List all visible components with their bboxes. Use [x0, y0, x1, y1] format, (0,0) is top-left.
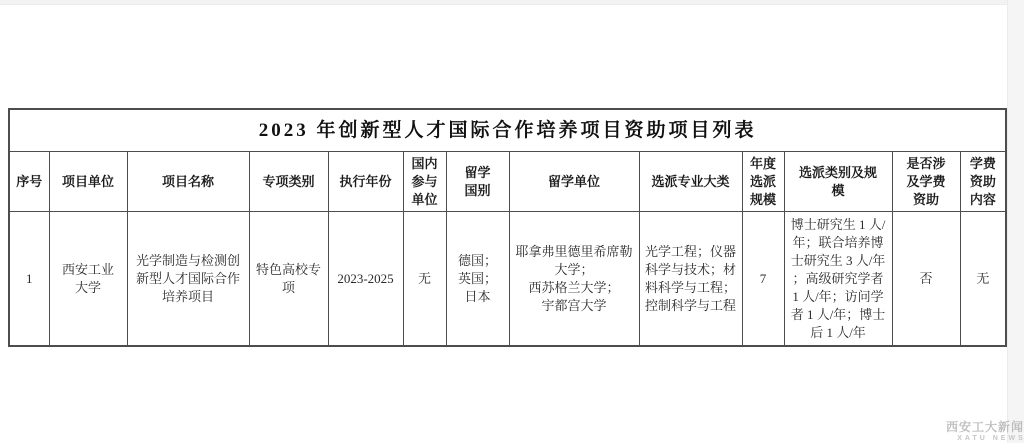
page-top-edge [0, 0, 1024, 5]
cell-project-unit: 西安工业 大学 [49, 212, 127, 347]
cell-annual-scale: 7 [742, 212, 784, 347]
column-header-dispatch-type-scale: 选派类别及规 模 [784, 152, 892, 212]
column-header-study-country: 留学 国别 [446, 152, 509, 212]
table-title: 2023 年创新型人才国际合作培养项目资助项目列表 [9, 109, 1006, 152]
table-title-row: 2023 年创新型人才国际合作培养项目资助项目列表 [9, 109, 1006, 152]
cell-tuition-involved: 否 [892, 212, 960, 347]
cell-dispatch-type-scale: 博士研究生 1 人/年；联合培养博士研究生 3 人/年；高级研究学者 1 人/年… [784, 212, 892, 347]
cell-study-country: 德国； 英国； 日本 [446, 212, 509, 347]
column-header-tuition-involved: 是否涉 及学费 资助 [892, 152, 960, 212]
table-header-row: 序号 项目单位 项目名称 专项类别 执行年份 国内 参与 单位 留学 国别 留学… [9, 152, 1006, 212]
column-header-execution-years: 执行年份 [328, 152, 403, 212]
column-header-special-category: 专项类别 [249, 152, 328, 212]
cell-index: 1 [9, 212, 49, 347]
cell-project-name: 光学制造与检测创新型人才国际合作培养项目 [127, 212, 249, 347]
cell-special-category: 特色高校专项 [249, 212, 328, 347]
watermark: 西安工大新闻网 XATU NEWS [946, 421, 1024, 442]
column-header-project-unit: 项目单位 [49, 152, 127, 212]
column-header-tuition-content: 学费 资助 内容 [960, 152, 1006, 212]
table-row: 1 西安工业 大学 光学制造与检测创新型人才国际合作培养项目 特色高校专项 20… [9, 212, 1006, 347]
column-header-study-institution: 留学单位 [509, 152, 639, 212]
column-header-project-name: 项目名称 [127, 152, 249, 212]
watermark-text: 西安工大新闻网 [946, 421, 1024, 433]
column-header-domestic-partner: 国内 参与 单位 [403, 152, 446, 212]
document-table: 2023 年创新型人才国际合作培养项目资助项目列表 序号 项目单位 项目名称 专… [8, 108, 1007, 347]
column-header-index: 序号 [9, 152, 49, 212]
watermark-subtext: XATU NEWS [946, 435, 1024, 442]
cell-major-category: 光学工程；仪器科学与技术；材料科学与工程；控制科学与工程 [639, 212, 742, 347]
cell-tuition-content: 无 [960, 212, 1006, 347]
cell-study-institution: 耶拿弗里德里希席勒大学； 西苏格兰大学； 宇都宫大学 [509, 212, 639, 347]
cell-execution-years: 2023-2025 [328, 212, 403, 347]
column-header-annual-scale: 年度 选派 规模 [742, 152, 784, 212]
column-header-major-category: 选派专业大类 [639, 152, 742, 212]
cell-domestic-partner: 无 [403, 212, 446, 347]
page-right-edge [1007, 0, 1024, 443]
